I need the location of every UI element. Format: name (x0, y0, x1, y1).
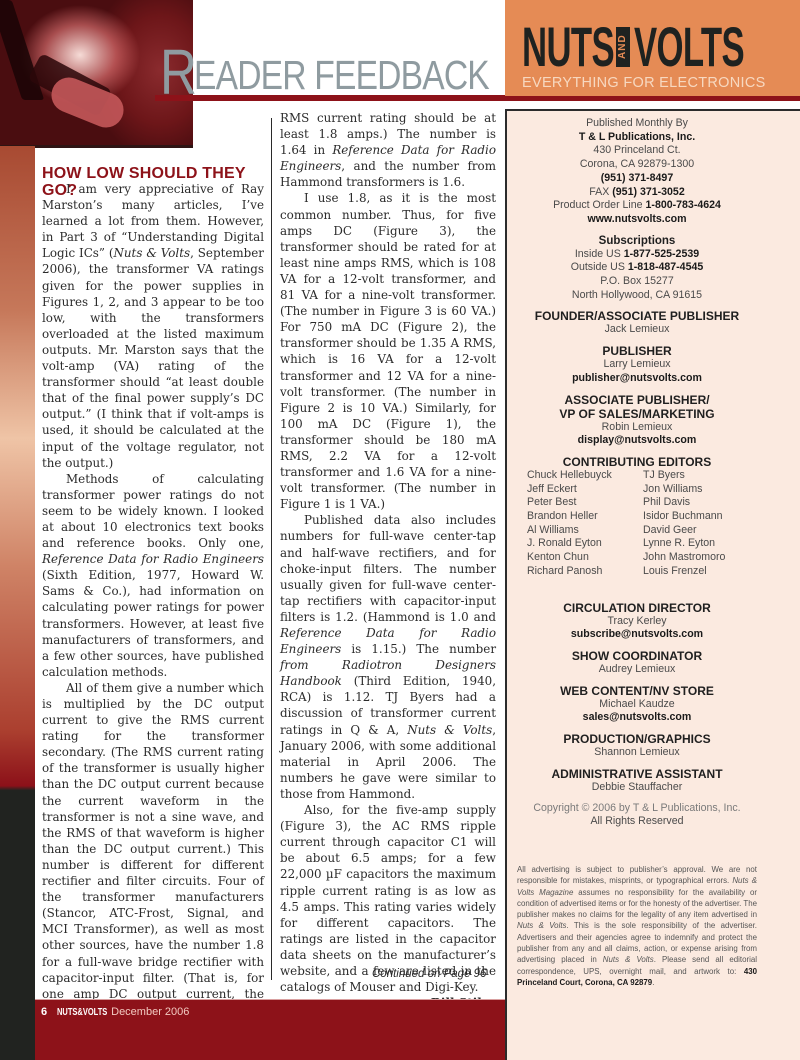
founder-heading: FOUNDER/ASSOCIATE PUBLISHER (507, 309, 767, 323)
publisher-email[interactable]: publisher@nutsvolts.com (507, 372, 767, 386)
company-name: T & L Publications, Inc. (507, 131, 767, 145)
subscribe-email[interactable]: subscribe@nutsvolts.com (507, 628, 767, 642)
fax: (951) 371-3052 (612, 186, 684, 198)
logo-and: AND (616, 27, 630, 67)
section-title-initial: R (160, 44, 187, 100)
paragraph: All of them give a number which is multi… (42, 680, 264, 1018)
sales-email[interactable]: sales@nutsvolts.com (507, 711, 767, 725)
masthead: NUTS AND VOLTS EVERYTHING FOR ELECTRONIC… (505, 0, 800, 96)
column-divider (271, 118, 272, 980)
section-title-text: EADER FEEDBACK (194, 55, 489, 96)
copyright: Copyright © 2006 by T & L Publications, … (507, 802, 767, 816)
paragraph: Also, for the five-amp supply (Figure 3)… (280, 802, 496, 995)
tagline: EVERYTHING FOR ELECTRONICS (522, 75, 766, 91)
page-number: 6 (41, 1006, 47, 1018)
publisher-heading: PUBLISHER (507, 344, 767, 358)
staff-listing: Published Monthly By T & L Publications,… (507, 117, 767, 829)
paragraph: I am very appreciative of Ray Marston’s … (42, 181, 264, 471)
subscriptions-heading: Subscriptions (507, 234, 767, 248)
section-title: R EADER FEEDBACK (160, 40, 554, 100)
logo-volts: VOLTS (634, 22, 744, 72)
staff-box: Published Monthly By T & L Publications,… (505, 109, 800, 1060)
left-decorative-bar (0, 146, 35, 1060)
paragraph: RMS current rating should be at least 1.… (280, 110, 496, 190)
order-phone: 1-800-783-4624 (646, 199, 721, 211)
nuts-and-volts-logo: NUTS AND VOLTS (522, 22, 800, 72)
paragraph: Methods of calculating transformer power… (42, 471, 264, 680)
continued-link[interactable]: Continued on Page 96 (372, 968, 486, 980)
editors-heading: CONTRIBUTING EDITORS (507, 455, 767, 469)
paragraph: Published data also includes numbers for… (280, 512, 496, 802)
advertising-disclaimer: All advertising is subject to publisher’… (517, 864, 757, 988)
website-link[interactable]: www.nutsvolts.com (507, 213, 767, 227)
display-email[interactable]: display@nutsvolts.com (507, 434, 767, 448)
footer-logo: NUTS&VOLTS (57, 1007, 93, 1018)
page-footer: 6 NUTS&VOLTS December 2006 (35, 1000, 505, 1060)
logo-nuts: NUTS (522, 22, 580, 72)
phone: (951) 371-8497 (507, 172, 767, 186)
issue-date: December 2006 (111, 1006, 189, 1018)
article-column-2: RMS current rating should be at least 1.… (280, 110, 496, 1027)
editors-list: Chuck HellebuyckTJ Byers Jeff EckertJon … (507, 469, 767, 579)
article-column-1: I am very appreciative of Ray Marston’s … (42, 181, 264, 1018)
paragraph: I use 1.8, as it is the most common numb… (280, 190, 496, 512)
